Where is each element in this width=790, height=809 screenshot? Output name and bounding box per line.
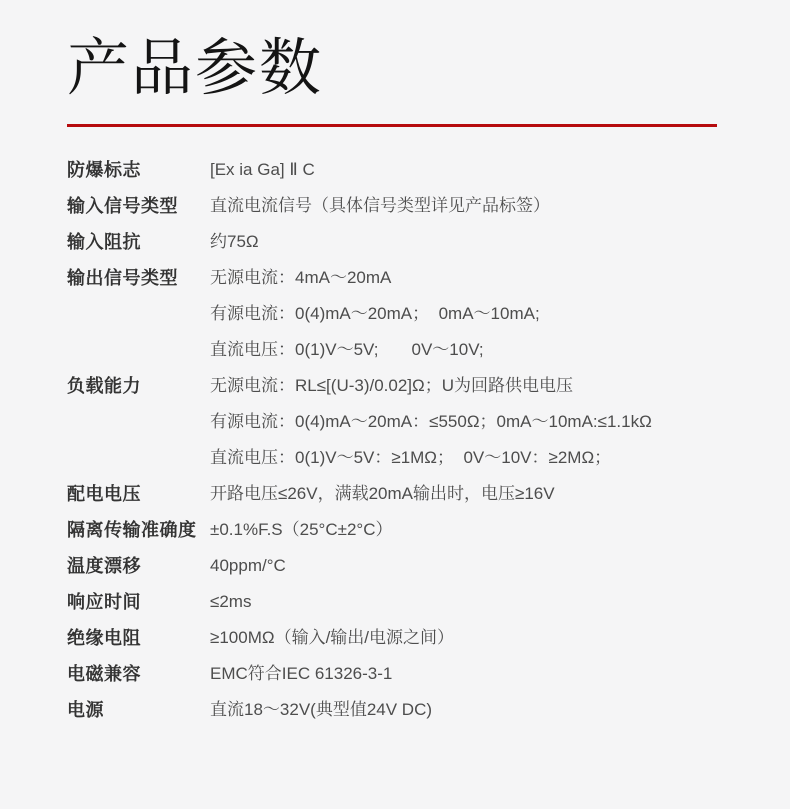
spec-value-line: 直流电压：0(1)V～5V; 0V～10V; xyxy=(210,332,723,368)
spec-label: 电磁兼容 xyxy=(67,656,210,692)
spec-row: 温度漂移 40ppm/°C xyxy=(67,548,723,584)
spec-row: 响应时间 ≤2ms xyxy=(67,584,723,620)
spec-value-line: ±0.1%F.S（25°C±2°C） xyxy=(210,512,723,548)
product-parameters-page: 产品参数 防爆标志 [Ex ia Ga] Ⅱ C 输入信号类型 直流电流信号（具… xyxy=(0,36,790,728)
spec-row: 隔离传输准确度 ±0.1%F.S（25°C±2°C） xyxy=(67,512,723,548)
spec-row: 输入阻抗 约75Ω xyxy=(67,224,723,260)
spec-row: 绝缘电阻 ≥100MΩ（输入/输出/电源之间） xyxy=(67,620,723,656)
spec-value-line: 开路电压≤26V，满载20mA输出时，电压≥16V xyxy=(210,476,723,512)
spec-value-line: 无源电流：RL≤[(U-3)/0.02]Ω；U为回路供电电压 xyxy=(210,368,723,404)
spec-row: 输出信号类型 无源电流：4mA～20mA有源电流：0(4)mA～20mA； 0m… xyxy=(67,260,723,368)
spec-lines: 直流电流信号（具体信号类型详见产品标签） xyxy=(210,188,723,224)
spec-row: 负载能力 无源电流：RL≤[(U-3)/0.02]Ω；U为回路供电电压有源电流：… xyxy=(67,368,723,476)
spec-label: 输入信号类型 xyxy=(67,188,210,224)
spec-label: 隔离传输准确度 xyxy=(67,512,210,548)
spec-row: 电源 直流18～32V(典型值24V DC) xyxy=(67,692,723,728)
spec-label: 负载能力 xyxy=(67,368,210,404)
spec-value-line: 无源电流：4mA～20mA xyxy=(210,260,723,296)
spec-lines: 直流18～32V(典型值24V DC) xyxy=(210,692,723,728)
spec-row: 防爆标志 [Ex ia Ga] Ⅱ C xyxy=(67,152,723,188)
spec-value-line: 有源电流：0(4)mA～20mA：≤550Ω；0mA～10mA:≤1.1kΩ xyxy=(210,404,723,440)
spec-lines: 无源电流：4mA～20mA有源电流：0(4)mA～20mA； 0mA～10mA;… xyxy=(210,260,723,368)
spec-lines: 约75Ω xyxy=(210,224,723,260)
spec-row: 电磁兼容 EMC符合IEC 61326-3-1 xyxy=(67,656,723,692)
spec-value-line: [Ex ia Ga] Ⅱ C xyxy=(210,152,723,188)
page-title: 产品参数 xyxy=(67,36,723,101)
spec-value-line: 直流电压：0(1)V～5V：≥1MΩ； 0V～10V：≥2MΩ； xyxy=(210,440,723,476)
spec-lines: EMC符合IEC 61326-3-1 xyxy=(210,656,723,692)
spec-label: 输入阻抗 xyxy=(67,224,210,260)
spec-value-line: 40ppm/°C xyxy=(210,548,723,584)
spec-row: 输入信号类型 直流电流信号（具体信号类型详见产品标签） xyxy=(67,188,723,224)
spec-table: 防爆标志 [Ex ia Ga] Ⅱ C 输入信号类型 直流电流信号（具体信号类型… xyxy=(67,152,723,728)
spec-lines: 无源电流：RL≤[(U-3)/0.02]Ω；U为回路供电电压有源电流：0(4)m… xyxy=(210,368,723,476)
spec-lines: 40ppm/°C xyxy=(210,548,723,584)
spec-lines: [Ex ia Ga] Ⅱ C xyxy=(210,152,723,188)
spec-label: 响应时间 xyxy=(67,584,210,620)
spec-value-line: 直流18～32V(典型值24V DC) xyxy=(210,692,723,728)
spec-value-line: EMC符合IEC 61326-3-1 xyxy=(210,656,723,692)
spec-label: 电源 xyxy=(67,692,210,728)
title-underline xyxy=(67,124,717,127)
spec-label: 输出信号类型 xyxy=(67,260,210,296)
spec-lines: ≥100MΩ（输入/输出/电源之间） xyxy=(210,620,723,656)
spec-label: 防爆标志 xyxy=(67,152,210,188)
spec-lines: 开路电压≤26V，满载20mA输出时，电压≥16V xyxy=(210,476,723,512)
spec-label: 配电电压 xyxy=(67,476,210,512)
spec-value-line: 有源电流：0(4)mA～20mA； 0mA～10mA; xyxy=(210,296,723,332)
spec-value-line: ≥100MΩ（输入/输出/电源之间） xyxy=(210,620,723,656)
spec-lines: ≤2ms xyxy=(210,584,723,620)
spec-value-line: 约75Ω xyxy=(210,224,723,260)
spec-label: 绝缘电阻 xyxy=(67,620,210,656)
spec-lines: ±0.1%F.S（25°C±2°C） xyxy=(210,512,723,548)
spec-label: 温度漂移 xyxy=(67,548,210,584)
spec-value-line: ≤2ms xyxy=(210,584,723,620)
spec-row: 配电电压 开路电压≤26V，满载20mA输出时，电压≥16V xyxy=(67,476,723,512)
spec-value-line: 直流电流信号（具体信号类型详见产品标签） xyxy=(210,188,723,224)
